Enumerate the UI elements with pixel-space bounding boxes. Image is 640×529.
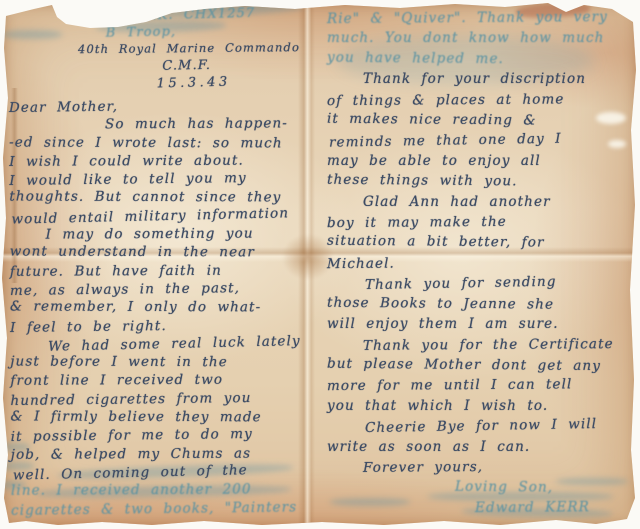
letter-line: Cheerie Bye for now I will [329,413,639,439]
letter-line: Edward KERR [327,497,637,520]
letter-line: Dear Mother, [9,95,327,117]
letter-line: Rie" & "Quiver". Thank you very [327,7,637,30]
letter-line: those Books to Jeanne she [327,292,637,315]
scanned-letter: Cpl E.P.K. CHX1257B Troop,40th Royal Mar… [0,0,640,529]
letter-line: may be able to enjoy all [327,151,637,171]
letter-line: cigarettes & two books, "Painters [11,498,329,520]
letter-line: but please Mother dont get any [327,354,637,377]
letter-line: 15.3.43 [156,71,328,92]
letter-paper: Cpl E.P.K. CHX1257B Troop,40th Royal Mar… [0,0,640,529]
header-block: Cpl E.P.K. CHX1257B Troop,40th Royal Mar… [77,4,328,93]
letter-line: of things & places at home [327,89,637,112]
letter-line: Thank you for the Certificate [327,333,637,356]
letter-line: situation a bit better, for [327,231,637,254]
right-column: Rie" & "Quiver". Thank you verymuch. You… [327,8,637,518]
letter-line: -ed since I wrote last: so much [9,133,327,152]
left-column: Dear Mother,So much has happen--ed since… [9,96,329,518]
letter-line: Forever yours, [327,456,637,479]
letter-line: these things with you. [327,170,637,193]
letter-line: 40th Royal Marine Commando [78,39,328,58]
letter-line: Thank for your discription [327,69,637,89]
letter-line: Loving Son, [327,476,637,499]
letter-line: line. I received another 200 [11,480,329,500]
letter-line: Glad Ann had another [327,192,637,212]
letter-line: wont understand in the near [10,243,328,262]
letter-line: much. You dont know how much [327,28,637,48]
censor-smudge [2,30,62,39]
letter-line: just before I went in the [10,353,328,372]
letter-line: & remember, I only do what- [10,298,328,317]
letter-line: front line I received two [10,371,328,391]
letter-line: more for me until I can tell [327,374,637,397]
letter-line: So much has happen- [9,114,327,134]
letter-line: reminds me that one day I [329,128,639,154]
letter-line: write as soon as I can. [327,437,637,457]
letter-line: you have helped me. [327,47,637,70]
letter-line: you that which I wish to. [327,396,637,416]
letter-line: will enjoy them I am sure. [327,314,637,334]
